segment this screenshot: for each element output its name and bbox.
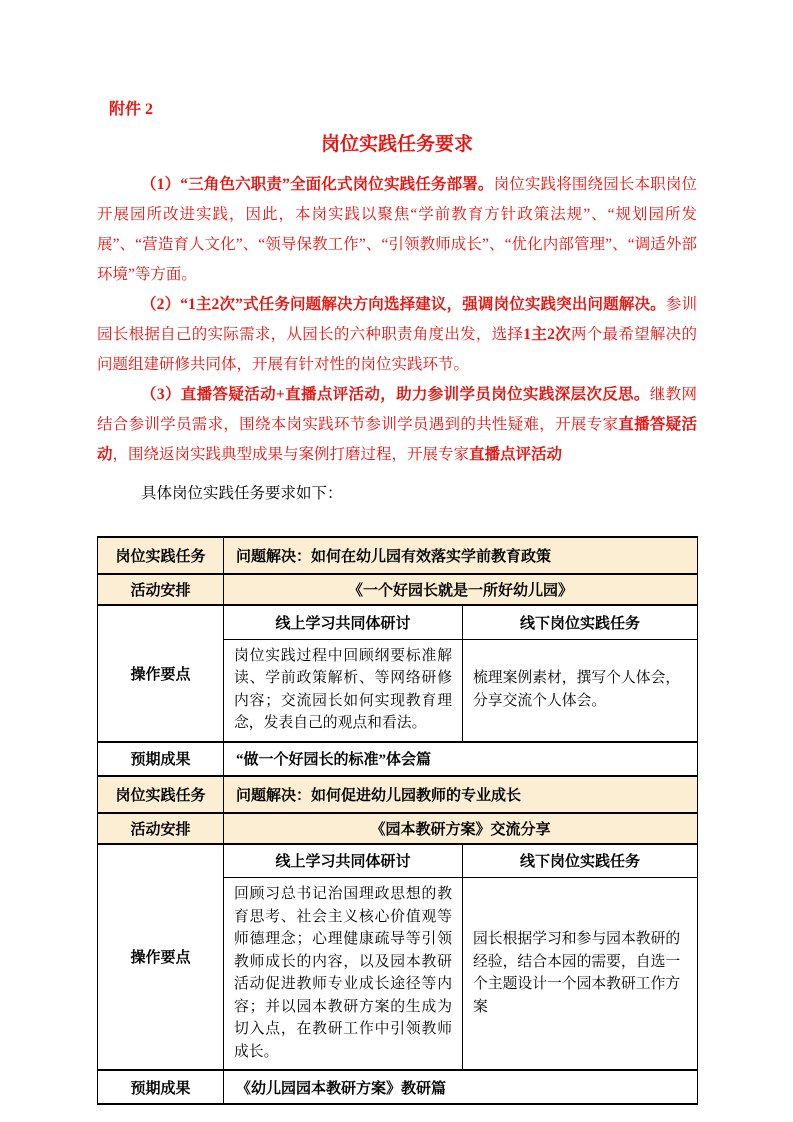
paragraph-3-lead: （3）直播答疑活动+直播点评活动，助力参训学员岗位实践深层次反思。	[141, 386, 650, 403]
table-row-outcome-1: 预期成果 “做一个好园长的标准”体会篇	[98, 742, 698, 776]
paragraph-2: （2）“1主2次”式任务问题解决方向选择建议，强调岗位实践突出问题解决。参训园长…	[97, 290, 697, 380]
activity-value-2: 《园本教研方案》交流分享	[224, 813, 698, 844]
row-label-outcome-2: 预期成果	[98, 1070, 224, 1104]
paragraph-1: （1）“三角色六职责”全面化式岗位实践任务部署。岗位实践将围绕园长本职岗位开展园…	[97, 170, 697, 290]
column-header-online-2: 线上学习共同体研讨	[224, 844, 463, 878]
column-header-online-1: 线上学习共同体研讨	[224, 605, 463, 639]
table-row-task-2: 岗位实践任务 问题解决：如何促进幼儿园教师的专业成长	[98, 776, 698, 813]
paragraph-1-lead: （1）“三角色六职责”全面化式岗位实践任务部署。	[141, 176, 494, 193]
table-row-subheaders-1: 操作要点 线上学习共同体研讨 线下岗位实践任务	[98, 605, 698, 639]
table-row-activity-2: 活动安排 《园本教研方案》交流分享	[98, 813, 698, 844]
offline-content-2: 园长根据学习和参与园本教研的经验，结合本园的需要，自选一个主题设计一个园本教研工…	[463, 878, 698, 1071]
row-label-task-1: 岗位实践任务	[98, 537, 224, 574]
document-page: 附件 2 岗位实践任务要求 （1）“三角色六职责”全面化式岗位实践任务部署。岗位…	[0, 0, 793, 1122]
offline-content-1: 梳理案例素材，撰写个人体会，分享交流个人体会。	[463, 639, 698, 742]
outcome-value-2: 《幼儿园园本教研方案》教研篇	[224, 1070, 698, 1104]
row-label-task-2: 岗位实践任务	[98, 776, 224, 813]
paragraph-2-lead: （2）“1主2次”式任务问题解决方向选择建议，强调岗位实践突出问题解决。	[141, 296, 666, 313]
row-label-points-2: 操作要点	[98, 844, 224, 1071]
practice-task-table: 岗位实践任务 问题解决：如何在幼儿园有效落实学前教育政策 活动安排 《一个好园长…	[97, 536, 698, 1105]
table-intro: 具体岗位实践任务要求如下：	[97, 479, 697, 509]
attachment-label: 附件 2	[97, 98, 697, 122]
column-header-offline-2: 线下岗位实践任务	[463, 844, 698, 878]
table-row-subheaders-2: 操作要点 线上学习共同体研讨 线下岗位实践任务	[98, 844, 698, 878]
table-row-outcome-2: 预期成果 《幼儿园园本教研方案》教研篇	[98, 1070, 698, 1104]
table-row-activity-1: 活动安排 《一个好园长就是一所好幼儿园》	[98, 574, 698, 605]
page-title: 岗位实践任务要求	[97, 132, 697, 158]
paragraph-3-bold-2: 直播点评活动	[469, 446, 562, 463]
row-label-activity-2: 活动安排	[98, 813, 224, 844]
online-content-1: 岗位实践过程中回顾纲要标准解读、学前政策解析、等网络研修内容；交流园长如何实现教…	[224, 639, 463, 742]
paragraph-2-bold-1: 1主2次	[523, 326, 571, 343]
online-content-2: 回顾习总书记治国理政思想的教育思考、社会主义核心价值观等师德理念；心理健康疏导等…	[224, 878, 463, 1071]
paragraph-3-text-2: ，围绕返岗实践典型成果与案例打磨过程，开展专家	[113, 446, 470, 463]
row-label-points-1: 操作要点	[98, 605, 224, 742]
activity-value-1: 《一个好园长就是一所好幼儿园》	[224, 574, 698, 605]
paragraph-3: （3）直播答疑活动+直播点评活动，助力参训学员岗位实践深层次反思。继教网结合参训…	[97, 380, 697, 470]
row-label-activity-1: 活动安排	[98, 574, 224, 605]
task-value-1: 问题解决：如何在幼儿园有效落实学前教育政策	[224, 537, 698, 574]
row-label-outcome-1: 预期成果	[98, 742, 224, 776]
table-row-task-1: 岗位实践任务 问题解决：如何在幼儿园有效落实学前教育政策	[98, 537, 698, 574]
task-value-2: 问题解决：如何促进幼儿园教师的专业成长	[224, 776, 698, 813]
outcome-value-1: “做一个好园长的标准”体会篇	[224, 742, 698, 776]
column-header-offline-1: 线下岗位实践任务	[463, 605, 698, 639]
